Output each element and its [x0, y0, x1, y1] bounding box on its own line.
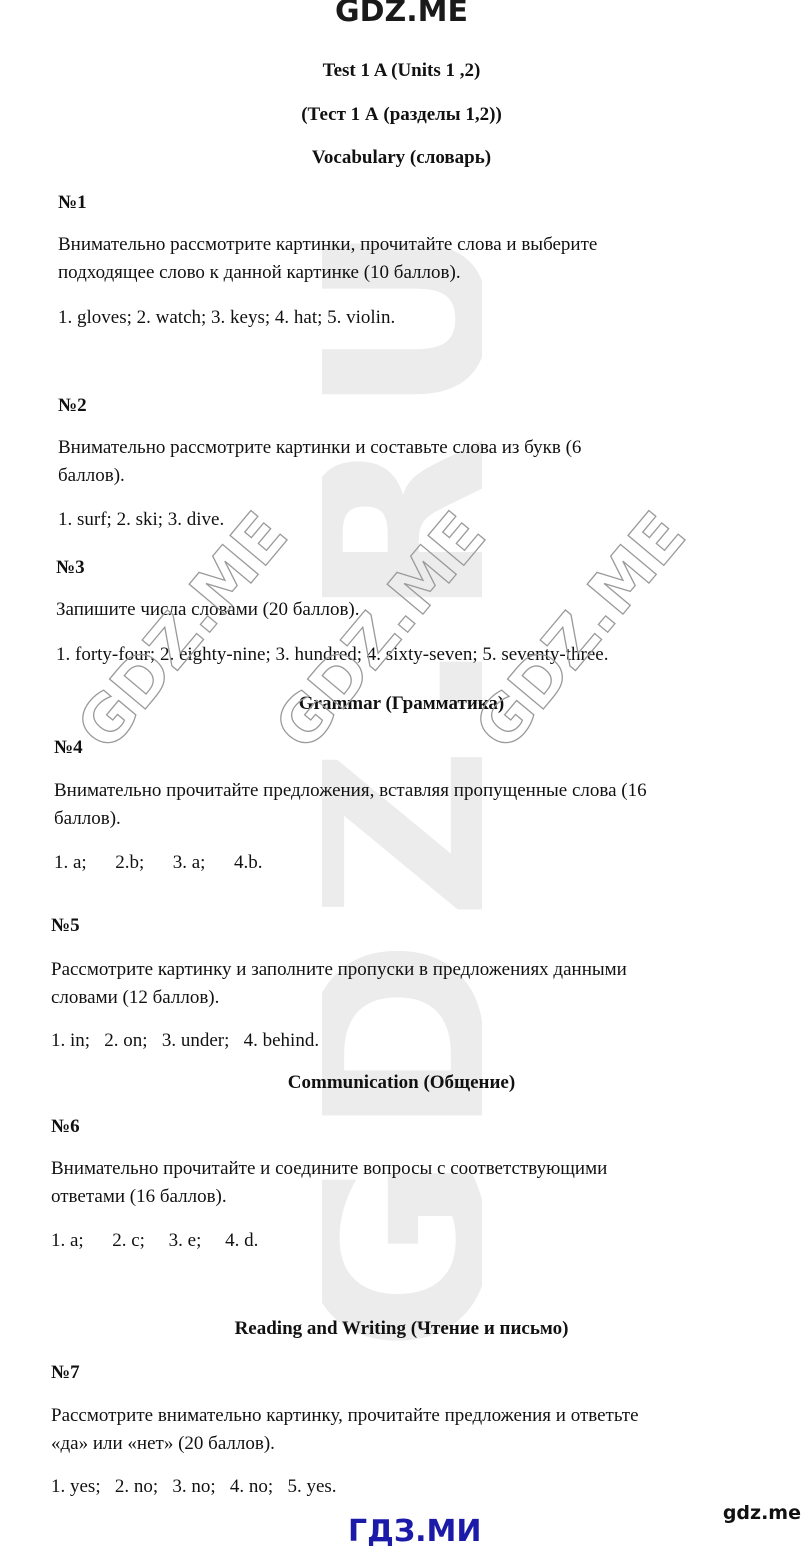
task-number: №1: [58, 188, 87, 217]
footer-watermark-logo: ГДЗ.МИ: [348, 1514, 482, 1549]
task-number: №4: [54, 733, 83, 762]
task-number: №7: [51, 1358, 80, 1387]
page-title-translation: (Тест 1 А (разделы 1,2)): [0, 100, 803, 129]
section-heading-grammar: Grammar (Грамматика): [0, 689, 803, 718]
footer-watermark-link: gdz.me: [723, 1502, 801, 1524]
section-heading-vocabulary: Vocabulary (словарь): [0, 143, 803, 172]
task-instruction: Внимательно прочитайте предложения, вста…: [54, 776, 647, 805]
task-number: №5: [51, 911, 80, 940]
task-answer: 1. forty-four; 2. eighty-nine; 3. hundre…: [56, 640, 608, 669]
task-instruction: подходящее слово к данной картинке (10 б…: [58, 258, 461, 287]
task-instruction: словами (12 баллов).: [51, 983, 219, 1012]
task-number: №6: [51, 1112, 80, 1141]
task-instruction: ответами (16 баллов).: [51, 1182, 227, 1211]
task-number: №3: [56, 553, 85, 582]
task-instruction: Рассмотрите картинку и заполните пропуск…: [51, 955, 627, 984]
task-number: №2: [58, 391, 87, 420]
section-heading-reading-writing: Reading and Writing (Чтение и письмо): [0, 1314, 803, 1343]
task-instruction: Внимательно рассмотрите картинки и соста…: [58, 433, 581, 462]
task-answer: 1. a; 2. c; 3. e; 4. d.: [51, 1226, 258, 1255]
section-heading-communication: Communication (Общение): [0, 1068, 803, 1097]
task-instruction: Внимательно рассмотрите картинки, прочит…: [58, 230, 597, 259]
page-title: Test 1 A (Units 1 ,2): [0, 56, 803, 85]
task-answer: 1. in; 2. on; 3. under; 4. behind.: [51, 1026, 319, 1055]
task-instruction: баллов).: [54, 804, 121, 833]
task-instruction: Рассмотрите внимательно картинку, прочит…: [51, 1401, 639, 1430]
diagonal-watermark: GDZ.ME: [461, 499, 700, 764]
task-answer: 1. surf; 2. ski; 3. dive.: [58, 505, 224, 534]
site-logo: GDZ.ME: [0, 0, 803, 29]
task-instruction: Запишите числа словами (20 баллов).: [56, 595, 360, 624]
task-instruction: «да» или «нет» (20 баллов).: [51, 1429, 275, 1458]
diagonal-watermark: GDZ.ME: [261, 499, 500, 764]
task-instruction: Внимательно прочитайте и соедините вопро…: [51, 1154, 607, 1183]
task-answer: 1. yes; 2. no; 3. no; 4. no; 5. yes.: [51, 1472, 337, 1501]
task-answer: 1. gloves; 2. watch; 3. keys; 4. hat; 5.…: [58, 303, 395, 332]
task-instruction: баллов).: [58, 461, 125, 490]
task-answer: 1. a; 2.b; 3. a; 4.b.: [54, 848, 262, 877]
diagonal-watermark: GDZ.ME: [63, 499, 302, 764]
